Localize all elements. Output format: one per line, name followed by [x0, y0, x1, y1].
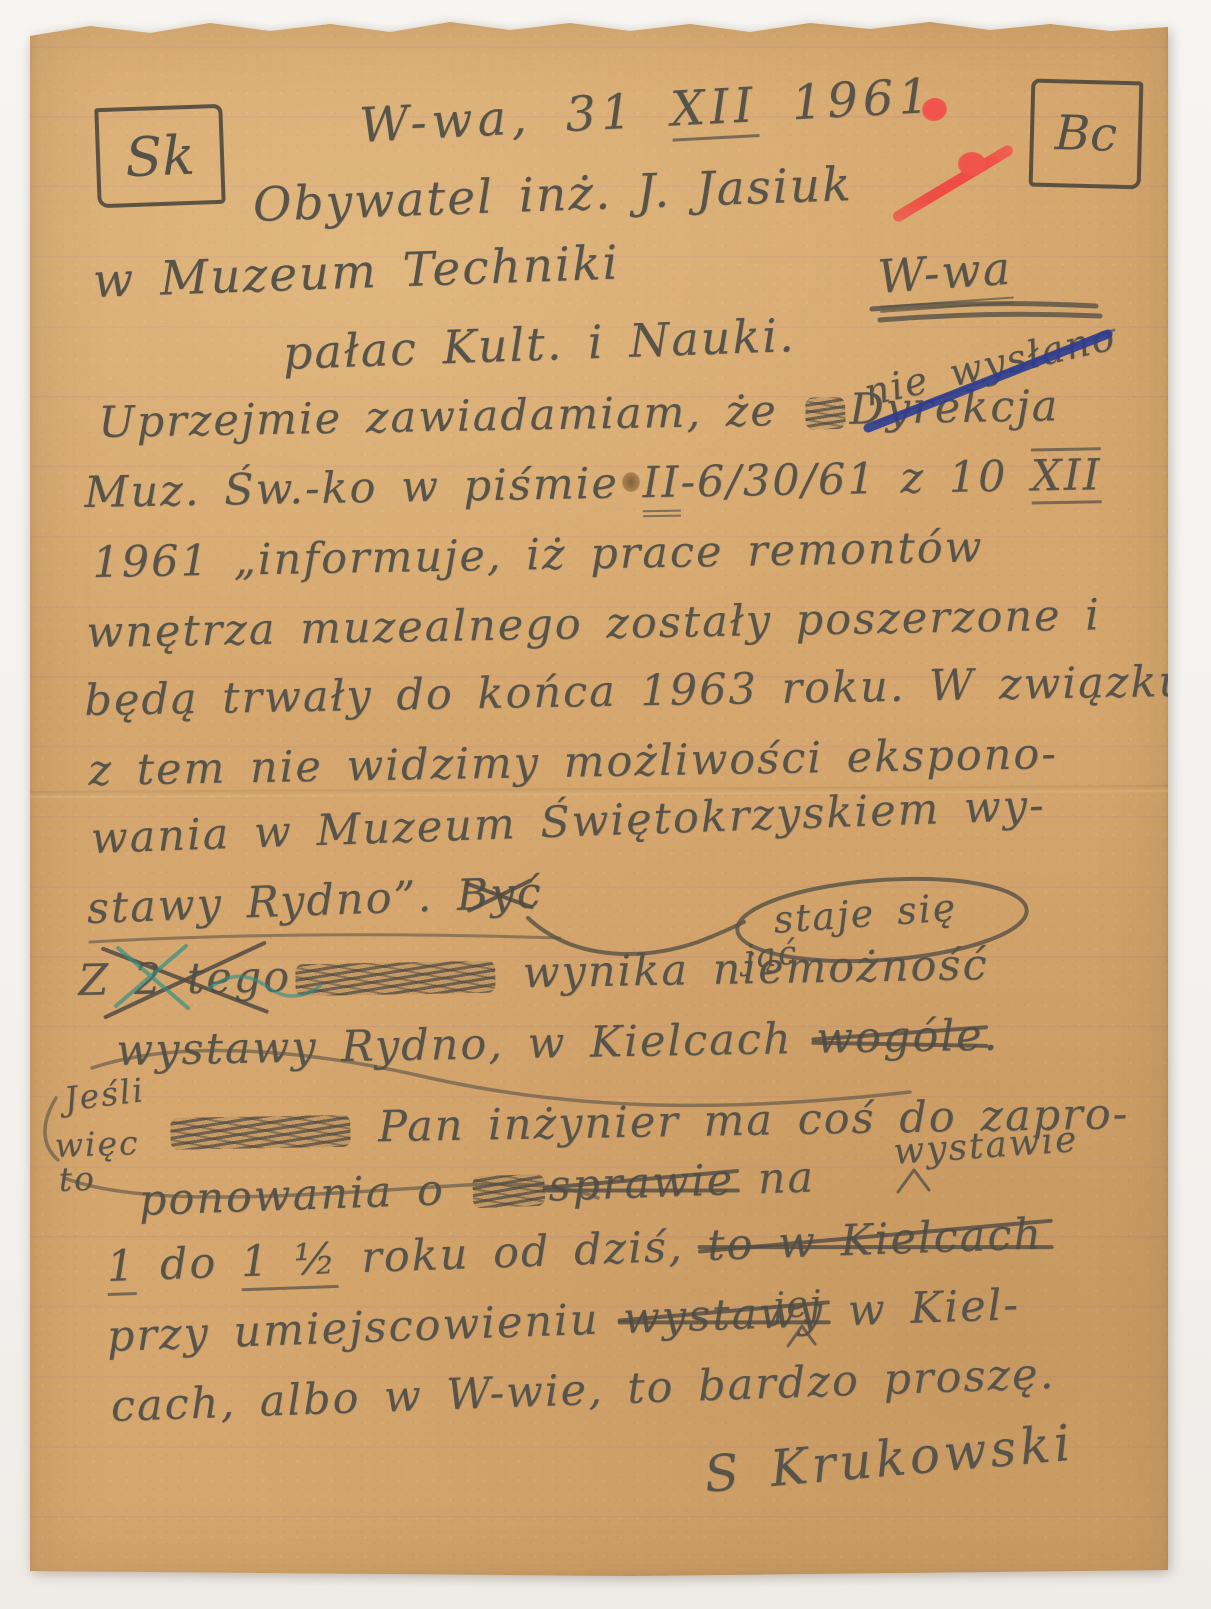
text-segment-struck: wogóle	[816, 1011, 984, 1064]
signature: S Krukowski	[702, 1414, 1076, 1504]
text-segment: Obywatel inż. J. Jasiuk	[252, 157, 853, 233]
body-line-5: będą trwały do końca 1963 roku. W związk…	[84, 657, 1189, 726]
scribble-mark	[805, 397, 846, 430]
text-segment: będą trwały do końca 1963 roku. W związk…	[84, 657, 1189, 726]
text-segment-roman: XII	[1031, 447, 1103, 504]
text-segment-xout: Z 2 tego	[78, 952, 292, 1006]
text-segment: ponowania o	[138, 1164, 469, 1225]
body-line-1: Uprzejmie zawiadamiam, że Dyrekcja	[98, 381, 1060, 448]
text-segment-struck: sprawie	[548, 1155, 735, 1211]
margin-note-jesli: Jeśli	[62, 1070, 147, 1119]
inserted-word-jac: jąć	[742, 932, 800, 976]
text-segment: cach, albo w W-wie, to bardzo proszę.	[110, 1349, 1056, 1432]
recipient-city: W-wa	[876, 241, 1014, 304]
body-line-3: 1961 „informuje, iż prace remontów	[92, 522, 984, 588]
text-segment: Muz. Św.-ko w piśmie	[84, 458, 643, 518]
text-segment: Uprzejmie zawiadamiam, że	[98, 386, 802, 448]
stamp-label-bc: Bc	[1054, 105, 1118, 163]
body-line-4: wnętrza muzealnego zostały poszerzone i	[86, 590, 1101, 658]
scribble-mark	[295, 961, 496, 996]
text-segment-xout: Być	[456, 868, 544, 921]
text-segment: 1961	[756, 68, 935, 133]
scribble-mark	[472, 1174, 545, 1208]
text-segment: wnętrza muzealnego zostały poszerzone i	[86, 590, 1101, 658]
text-segment: pałac Kult. i Nauki.	[282, 308, 796, 380]
body-line-10: wystawy Rydno, w Kielcach wogóle.	[116, 1011, 1000, 1076]
body-line-2: Muz. Św.-ko w piśmie II-6/30/61 z 10 XII	[84, 450, 1102, 518]
recipient-name: Obywatel inż. J. Jasiuk	[252, 157, 853, 233]
body-line-15: cach, albo w W-wie, to bardzo proszę.	[110, 1349, 1056, 1432]
circled-insertion: staje się	[772, 885, 959, 942]
body-line-14: przy umiejscowieniu wystawy w Kiel-	[106, 1280, 1021, 1362]
pencil-stamp-box-left: Sk	[94, 104, 225, 208]
text-segment: -6/30/61 z 10	[680, 451, 1031, 507]
text-segment: .	[983, 1011, 1000, 1061]
text-segment: stawy Rydno”.	[86, 871, 458, 934]
stamp-label-sk: Sk	[124, 123, 196, 188]
text-segment: Jeśli	[62, 1070, 147, 1119]
text-segment: w Kiel-	[823, 1280, 1020, 1337]
letter-scan: Sk Bc W-wa, 31 XII 1961Obywatel inż. J. …	[30, 20, 1168, 1576]
pencil-stamp-box-right: Bc	[1029, 79, 1144, 190]
scribble-mark	[170, 1115, 351, 1150]
text-segment-u: XII	[669, 77, 759, 141]
text-segment-u: 1 ½	[240, 1234, 339, 1291]
recipient-institution: w Muzeum Techniki	[92, 236, 620, 309]
letter-paper: Sk Bc W-wa, 31 XII 1961Obywatel inż. J. …	[30, 20, 1168, 1576]
text-segment: roku od dziś,	[337, 1221, 708, 1284]
text-segment-struck: wystawy	[622, 1287, 825, 1344]
text-segment: Dyrekcja	[849, 381, 1060, 435]
red-slash-icon	[891, 143, 1015, 224]
body-line-12: ponowania o sprawie na	[138, 1152, 816, 1226]
text-segment: staje się	[772, 885, 959, 942]
body-line-9: Z 2 tego wynika niemożność	[78, 940, 989, 1006]
text-segment: W-wa, 31	[358, 82, 672, 154]
text-segment-u2: II	[642, 458, 681, 518]
text-segment: wystawy Rydno, w Kielcach	[116, 1014, 817, 1076]
body-line-8: stawy Rydno”. Być	[86, 868, 544, 934]
recipient-address: pałac Kult. i Nauki.	[282, 308, 796, 380]
text-segment: 1961 „informuje, iż prace remontów	[92, 522, 984, 588]
text-segment: do	[135, 1237, 241, 1291]
text-segment: przy umiejscowieniu	[106, 1294, 624, 1362]
double-underline-wwa	[880, 314, 1100, 320]
text-segment: to	[58, 1159, 96, 1199]
overline-scribble	[90, 935, 560, 942]
text-segment: jąć	[742, 932, 800, 976]
text-segment-u: 1	[106, 1241, 137, 1296]
insertion-caret	[898, 1170, 929, 1192]
text-segment: na	[733, 1152, 816, 1205]
margin-note-to: to	[58, 1159, 96, 1199]
text-segment-u2: W-wa	[876, 241, 1014, 313]
text-segment: S Krukowski	[702, 1414, 1076, 1504]
text-segment-struck: to w Kielcach	[706, 1209, 1043, 1271]
red-dot-icon	[958, 152, 986, 176]
text-segment: w Muzeum Techniki	[92, 236, 620, 309]
dateline: W-wa, 31 XII 1961	[358, 68, 935, 154]
